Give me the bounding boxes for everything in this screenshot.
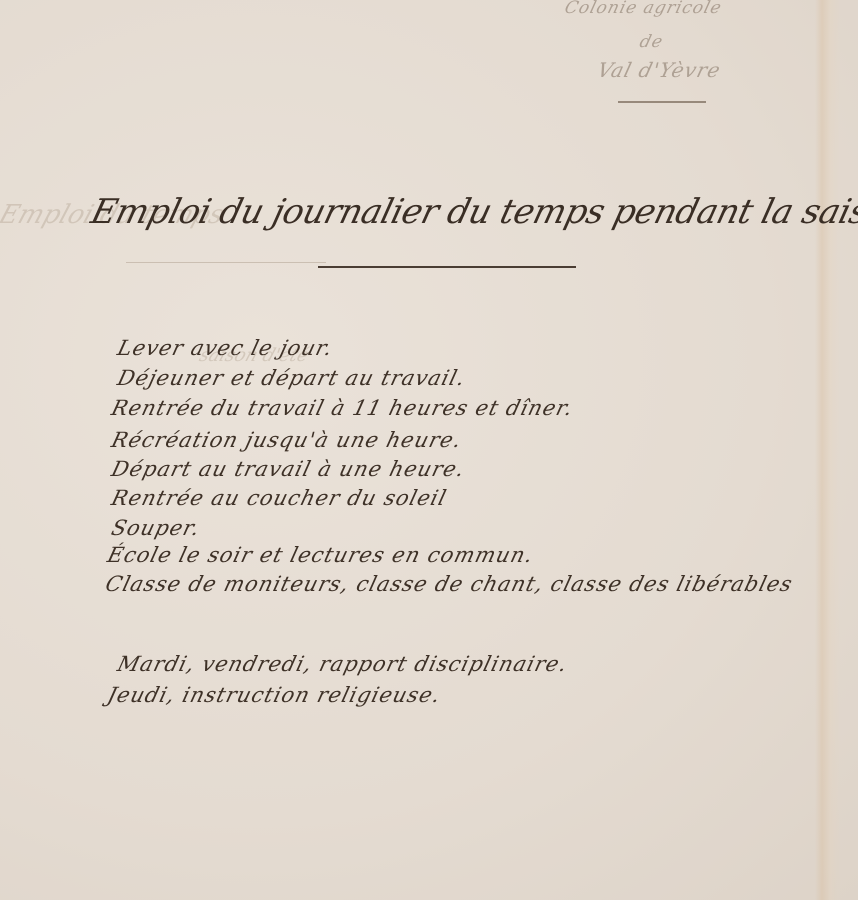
weekly-line: Mardi, vendredi, rapport disciplinaire. bbox=[115, 652, 570, 676]
header-corner-line-2: de bbox=[638, 32, 666, 52]
title-main: Emploi du journalier du temps pendant la… bbox=[87, 192, 858, 232]
weekly-line: Jeudi, instruction religieuse. bbox=[105, 683, 444, 707]
schedule-line: Déjeuner et départ au travail. bbox=[115, 366, 468, 390]
title-faint-rule bbox=[126, 262, 326, 263]
page-title: Emploi du journalier du temps pendant la… bbox=[87, 192, 858, 232]
schedule-line: Rentrée du travail à 11 heures et dîner. bbox=[109, 396, 576, 420]
title-underline bbox=[318, 266, 576, 268]
header-corner-line-1: Colonie agricole bbox=[563, 0, 725, 18]
schedule-line: Récréation jusqu'à une heure. bbox=[109, 428, 464, 452]
schedule-line: Rentrée au coucher du soleil bbox=[109, 486, 449, 510]
schedule-line: École le soir et lectures en commun. bbox=[105, 543, 536, 567]
schedule-line: Classe de moniteurs, classe de chant, cl… bbox=[103, 572, 795, 596]
manuscript-page: Emploi du temps saison d'été Colonie agr… bbox=[0, 0, 858, 900]
header-corner-line-3: Val d'Yèvre bbox=[595, 58, 724, 82]
schedule-line: Départ au travail à une heure. bbox=[109, 457, 468, 481]
header-underline bbox=[618, 101, 706, 103]
schedule-line: Souper. bbox=[109, 516, 203, 540]
schedule-line: Lever avec le jour. bbox=[115, 336, 336, 360]
